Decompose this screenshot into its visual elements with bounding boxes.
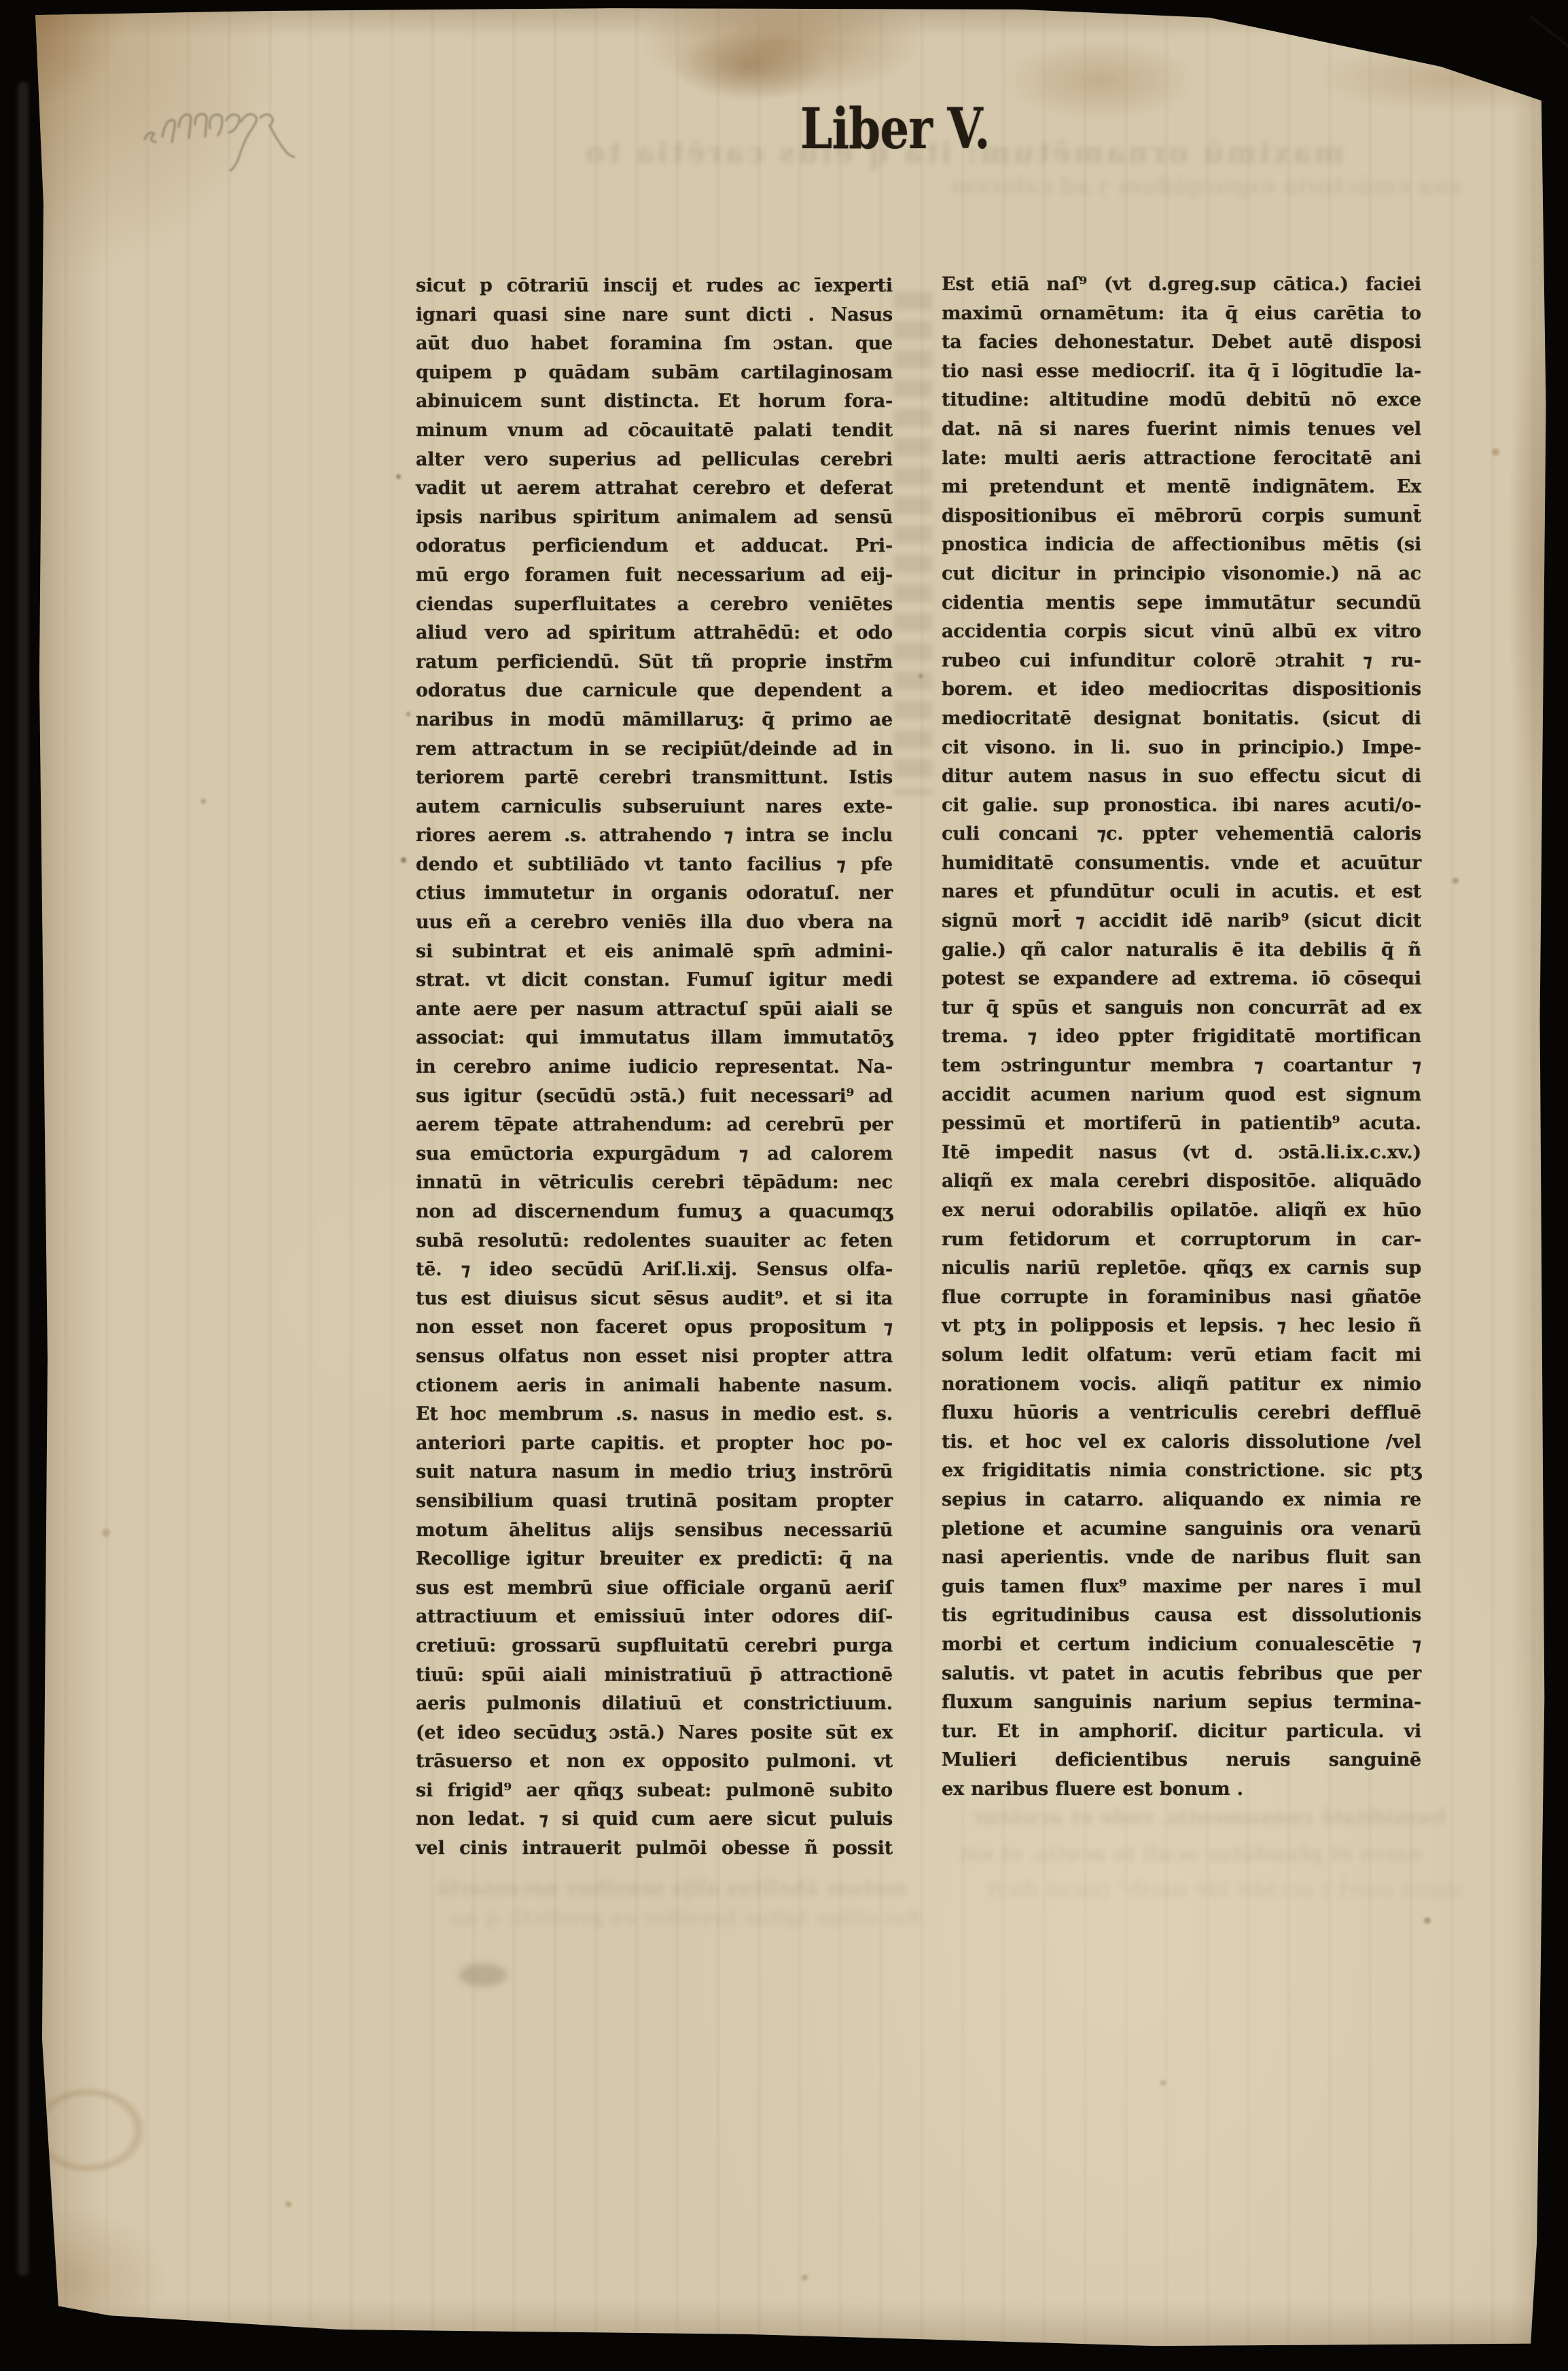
text-line: cit visono. in li. suo in principio.) Im… [942, 734, 1421, 763]
text-line: vadit ut aerem attrahat cerebro et defer… [416, 474, 893, 503]
text-line: mediocritatē designat bonitatis. (sicut … [942, 705, 1421, 734]
foxing-spot [406, 712, 410, 716]
text-line: humiditatē consumentis. vnde et acuūtur [942, 849, 1421, 878]
text-line: vel cinis intrauerit pulmōi obesse ñ pos… [416, 1834, 893, 1864]
foxing-spot [1424, 1917, 1431, 1924]
text-line: late: multi aeris attractione ferocitatē… [942, 444, 1421, 474]
text-line: aliqñ ex mala cerebri dispositōe. aliquā… [942, 1167, 1421, 1196]
text-line: sua emūctoria expurgādum ⁊ ad calorem [416, 1140, 893, 1169]
text-line: solum ledit olfatum: verū etiam facit mi [942, 1341, 1421, 1370]
text-line: tiuū: spūi aiali ministratiuū p̄ attract… [416, 1661, 893, 1690]
showthrough-smudge [459, 1963, 507, 1986]
text-line: non ad discernendum fumuʒ a quacumqʒ [416, 1198, 893, 1227]
text-line: nasi aperientis. vnde de naribus fluit s… [942, 1544, 1421, 1573]
text-line: dendo et subtiliādo vt tanto facilius ⁊ … [416, 851, 893, 880]
text-line: sus igitur (secūdū ɔstā.) fuit necessari… [416, 1082, 893, 1111]
running-title: Liber V. [800, 96, 990, 162]
text-line: non esset non faceret opus propositum ⁊ [416, 1313, 893, 1342]
scanned-book-page: { "page": { "running_title": "Liber V.",… [0, 0, 1568, 2371]
text-line: tio nasi esse mediocriſ. ita q̄ ī lōgitu… [942, 357, 1421, 387]
text-line: ta facies dehonestatur. Debet autē dispo… [942, 328, 1421, 357]
text-line: ciendas superfluitates a cerebro veniēte… [416, 590, 893, 620]
text-line: Est etiā naſ⁹ (vt d.greg.sup cātica.) fa… [942, 270, 1421, 300]
text-line: trema. ⁊ ideo ppter frigiditatē mortific… [942, 1022, 1421, 1052]
text-line: strat. vt dicit constan. Fumuſ igitur me… [416, 966, 893, 995]
text-line: autem carniculis subseruiunt nares exte- [416, 793, 893, 822]
text-line: alter vero superius ad pelliculas cerebr… [416, 446, 893, 475]
text-line: cidentia mentis sepe immutātur secundū [942, 589, 1421, 618]
foxing-spot [1492, 448, 1499, 456]
text-line: tis egritudinibus causa est dissolutioni… [942, 1601, 1421, 1630]
text-line: aūt duo habet foramina ſm ɔstan. que [416, 329, 893, 359]
text-line: ignari quasi sine nare sunt dicti . Nasu… [416, 301, 893, 330]
text-line: subā resolutū: redolentes suauiter ac fe… [416, 1227, 893, 1256]
text-line: tis. et hoc vel ex caloris dissolutione … [942, 1428, 1421, 1457]
text-line: Itē impedit nasus (vt d. ɔstā.li.ix.c.xv… [942, 1139, 1421, 1168]
text-line: ratum perficiendū. Sūt tñ proprie instr̄… [416, 648, 893, 677]
text-line: Recollige igitur breuiter ex predictī: q… [416, 1545, 893, 1574]
text-column-right: Est etiā naſ⁹ (vt d.greg.sup cātica.) fa… [942, 270, 1421, 1804]
text-line: mi pretendunt et mentē indignātem. Ex [942, 473, 1421, 502]
text-line: cut dicitur in principio visonomie.) nā … [942, 560, 1421, 589]
text-line: attractiuum et emissiuū inter odores diſ… [416, 1603, 893, 1632]
text-line: suit natura nasum in medio triuʒ instrōr… [416, 1458, 893, 1487]
text-line: tus est diuisus sicut sēsus audit⁹. et s… [416, 1285, 893, 1314]
text-line: cretiuū: grossarū supfluitatū cerebri pu… [416, 1632, 893, 1661]
text-line: pletione et acumine sanguinis ora venarū [942, 1515, 1421, 1544]
text-line: rubeo cui infunditur colorē ɔtrahit ⁊ ru… [942, 647, 1421, 676]
text-line: fluxu hūoris a ventriculis cerebri deffl… [942, 1399, 1421, 1428]
text-line: innatū in vētriculis cerebri tēpādum: ne… [416, 1169, 893, 1198]
text-line: in cerebro anime iudicio representat. Na… [416, 1053, 893, 1082]
text-line: rem attractum in se recipiūt/deinde ad i… [416, 735, 893, 764]
text-line: pnostica indicia de affectionibus mētis … [942, 531, 1421, 560]
foxing-spot [396, 474, 401, 479]
text-line: uus eñ a cerebro veniēs illa duo vbera n… [416, 908, 893, 938]
text-line: sepius in catarro. aliquando ex nimia re [942, 1486, 1421, 1515]
text-line: cit galie. sup pronostica. ibi nares acu… [942, 791, 1421, 821]
foxing-spot [919, 674, 923, 678]
text-line: ex nerui odorabilis opilatōe. aliqñ ex h… [942, 1196, 1421, 1226]
text-line: sicut p cōtrariū inscij et rudes ac īexp… [416, 272, 893, 301]
foxing-spot [401, 857, 406, 863]
text-line: ante aere per nasum attractuſ spūi aiali… [416, 995, 893, 1024]
text-line: abinuicem sunt distincta. Et horum fora- [416, 387, 893, 416]
text-line: associat: qui immutatus illam immutatōʒ [416, 1024, 893, 1053]
text-line: riores aerem .s. attrahendo ⁊ intra se i… [416, 821, 893, 851]
text-line: mū ergo foramen fuit necessarium ad eij- [416, 561, 893, 590]
text-line: teriorem partē cerebri transmittunt. Ist… [416, 764, 893, 793]
text-line: vt ptʒ in polipposis et lepsis. ⁊ hec le… [942, 1312, 1421, 1341]
text-line: dat. nā si nares fuerint nimis tenues ve… [942, 415, 1421, 444]
text-line: naribus in modū māmillaruʒ: q̄ primo ae [416, 706, 893, 735]
text-line: tur q̄ spūs et sanguis non concurrāt ad … [942, 994, 1421, 1023]
foxing-spot [1160, 2080, 1166, 2086]
text-line: minum vnum ad cōcauitatē palati tendit [416, 416, 893, 446]
text-line: Mulieri deficientibus neruis sanguinē [942, 1746, 1421, 1775]
corner-crease [1529, 15, 1568, 71]
text-line: pessimū et mortiferū in patientib⁹ acuta… [942, 1109, 1421, 1139]
text-line: ctionem aeris in animali habente nasum. [416, 1372, 893, 1401]
underlying-leaf-edge [18, 82, 29, 2276]
text-line: non ledat. ⁊ si quid cum aere sicut pulu… [416, 1805, 893, 1834]
showthrough-gutter [894, 292, 932, 795]
text-line: nares et pfundūtur oculi in acutis. et e… [942, 878, 1421, 907]
text-line: rum fetidorum et corruptorum in car- [942, 1226, 1421, 1255]
text-line: tē. ⁊ ideo secūdū Ariſ.li.xij. Sensus ol… [416, 1255, 893, 1285]
text-line: ipsis naribus spiritum animalem ad sensū [416, 503, 893, 533]
text-line: motum āhelitus alijs sensibus necessariū [416, 1516, 893, 1546]
text-line: accidentia corpis sicut vinū albū ex vit… [942, 618, 1421, 647]
text-line: odoratus due carnicule que dependent a [416, 677, 893, 706]
text-line: trāsuerso et non ex opposito pulmoni. vt [416, 1747, 893, 1777]
text-line: (et ideo secūduʒ ɔstā.) Nares posite sūt… [416, 1719, 893, 1748]
text-line: ctius immutetur in organis odoratuſ. ner [416, 879, 893, 908]
text-line: si frigid⁹ aer qñqʒ subeat: pulmonē subi… [416, 1777, 893, 1806]
foxing-spot [201, 799, 206, 804]
text-line: anteriori parte capitis. et propter hoc … [416, 1429, 893, 1459]
text-line: potest se expandere ad extrema. iō cōseq… [942, 965, 1421, 994]
text-line: sensibilium quasi trutinā positam propte… [416, 1487, 893, 1516]
text-line: quipem p quādam subām cartilaginosam [416, 359, 893, 388]
text-line: niculis nariū repletōe. qñqʒ ex carnis s… [942, 1254, 1421, 1283]
text-line: titudine: altitudine modū debitū nō exce [942, 386, 1421, 415]
text-line: si subintrat et eis animalē spm̄ admini- [416, 938, 893, 967]
foxing-spot [1453, 878, 1459, 884]
text-line: guis tamen flux⁹ maxime per nares ī mul [942, 1573, 1421, 1602]
text-line: ex naribus fluere est bonum . [942, 1775, 1421, 1804]
text-line: flue corrupte in foraminibus nasi gñatōe [942, 1283, 1421, 1313]
text-line: signū mort̄ ⁊ accidit idē narib⁹ (sicut … [942, 907, 1421, 936]
foxing-spot [285, 2201, 291, 2207]
text-line: odoratus perficiendum et adducat. Pri- [416, 532, 893, 561]
text-line: aliud vero ad spiritum attrahēdū: et odo [416, 619, 893, 648]
foxing-spot [802, 2275, 808, 2281]
text-column-left: sicut p cōtrariū inscij et rudes ac īexp… [416, 272, 893, 1864]
text-line: morbi et certum indicium conualescētie ⁊ [942, 1630, 1421, 1660]
text-line: fluxum sanguinis narium sepius termina- [942, 1688, 1421, 1717]
text-line: ex frigiditatis nimia constrictione. sic… [942, 1457, 1421, 1486]
text-line: ditur autem nasus in suo effectu sicut d… [942, 762, 1421, 791]
text-line: maximū ornamētum: ita q̄ eius carētia to [942, 300, 1421, 329]
text-line: norationem vocis. aliqñ patitur ex nimio [942, 1370, 1421, 1400]
text-line: accidit acumen narium quod est signum [942, 1081, 1421, 1110]
text-line: aerem tēpate attrahendum: ad cerebrū per [416, 1111, 893, 1140]
foxing-spot [102, 1529, 110, 1537]
text-line: sus est membrū siue officiale organū aer… [416, 1574, 893, 1603]
text-line: galie.) qñ calor naturalis ē ita debilis… [942, 936, 1421, 965]
text-line: tem ɔstringuntur membra ⁊ coartantur ⁊ [942, 1052, 1421, 1081]
handwritten-mark [139, 97, 316, 185]
text-line: salutis. vt patet in acutis febribus que… [942, 1660, 1421, 1689]
text-line: borem. et ideo mediocritas dispositionis [942, 675, 1421, 705]
text-line: Et hoc membrum .s. nasus in medio est. s… [416, 1400, 893, 1429]
text-line: tur. Et in amphoriſ. dicitur particula. … [942, 1717, 1421, 1747]
text-line: sensus olfatus non esset nisi propter at… [416, 1342, 893, 1372]
text-line: aeris pulmonis dilatiuū et constrictiuum… [416, 1690, 893, 1719]
text-line: culi concani ⁊c. ppter vehementiā calori… [942, 820, 1421, 849]
text-line: dispositionibus eī mēbrorū corpis sumunt… [942, 502, 1421, 531]
